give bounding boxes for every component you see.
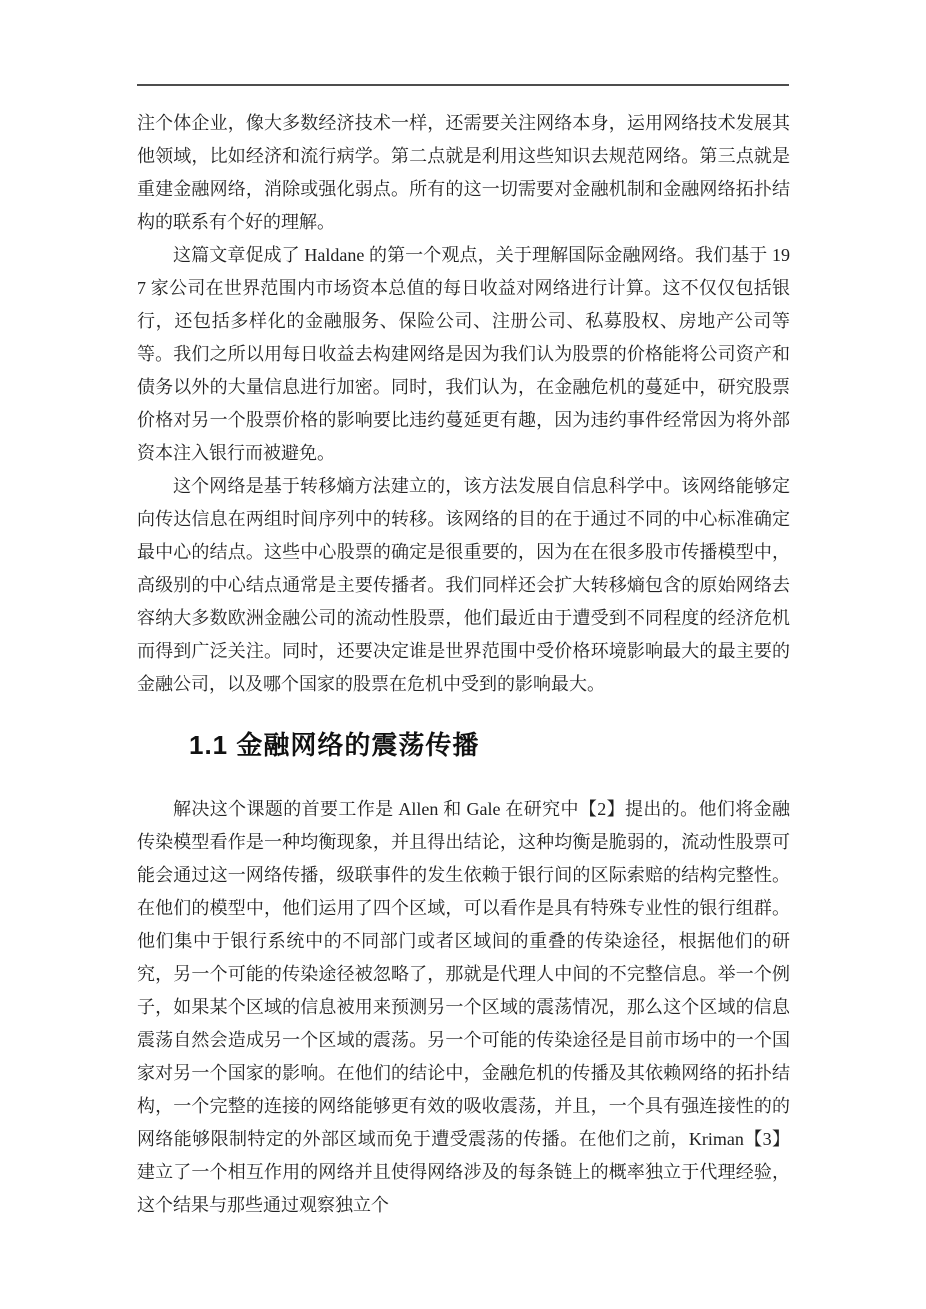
body-paragraph-transfer-entropy: 这个网络是基于转移熵方法建立的，该方法发展自信息科学中。该网络能够定向传达信息在… bbox=[137, 470, 790, 701]
header-separator-rule bbox=[137, 84, 789, 86]
body-paragraph-allen-gale: 解决这个课题的首要工作是 Allen 和 Gale 在研究中【2】提出的。他们将… bbox=[137, 793, 790, 1222]
body-paragraph-continuation: 注个体企业，像大多数经济技术一样，还需要关注网络本身，运用网络技术发展其他领域，… bbox=[137, 107, 790, 239]
document-body: 注个体企业，像大多数经济技术一样，还需要关注网络本身，运用网络技术发展其他领域，… bbox=[137, 107, 790, 1222]
section-heading-1-1: 1.1 金融网络的震荡传播 bbox=[137, 725, 790, 765]
body-paragraph-haldane: 这篇文章促成了 Haldane 的第一个观点，关于理解国际金融网络。我们基于 1… bbox=[137, 239, 790, 470]
document-page: 注个体企业，像大多数经济技术一样，还需要关注网络本身，运用网络技术发展其他领域，… bbox=[0, 0, 926, 1309]
